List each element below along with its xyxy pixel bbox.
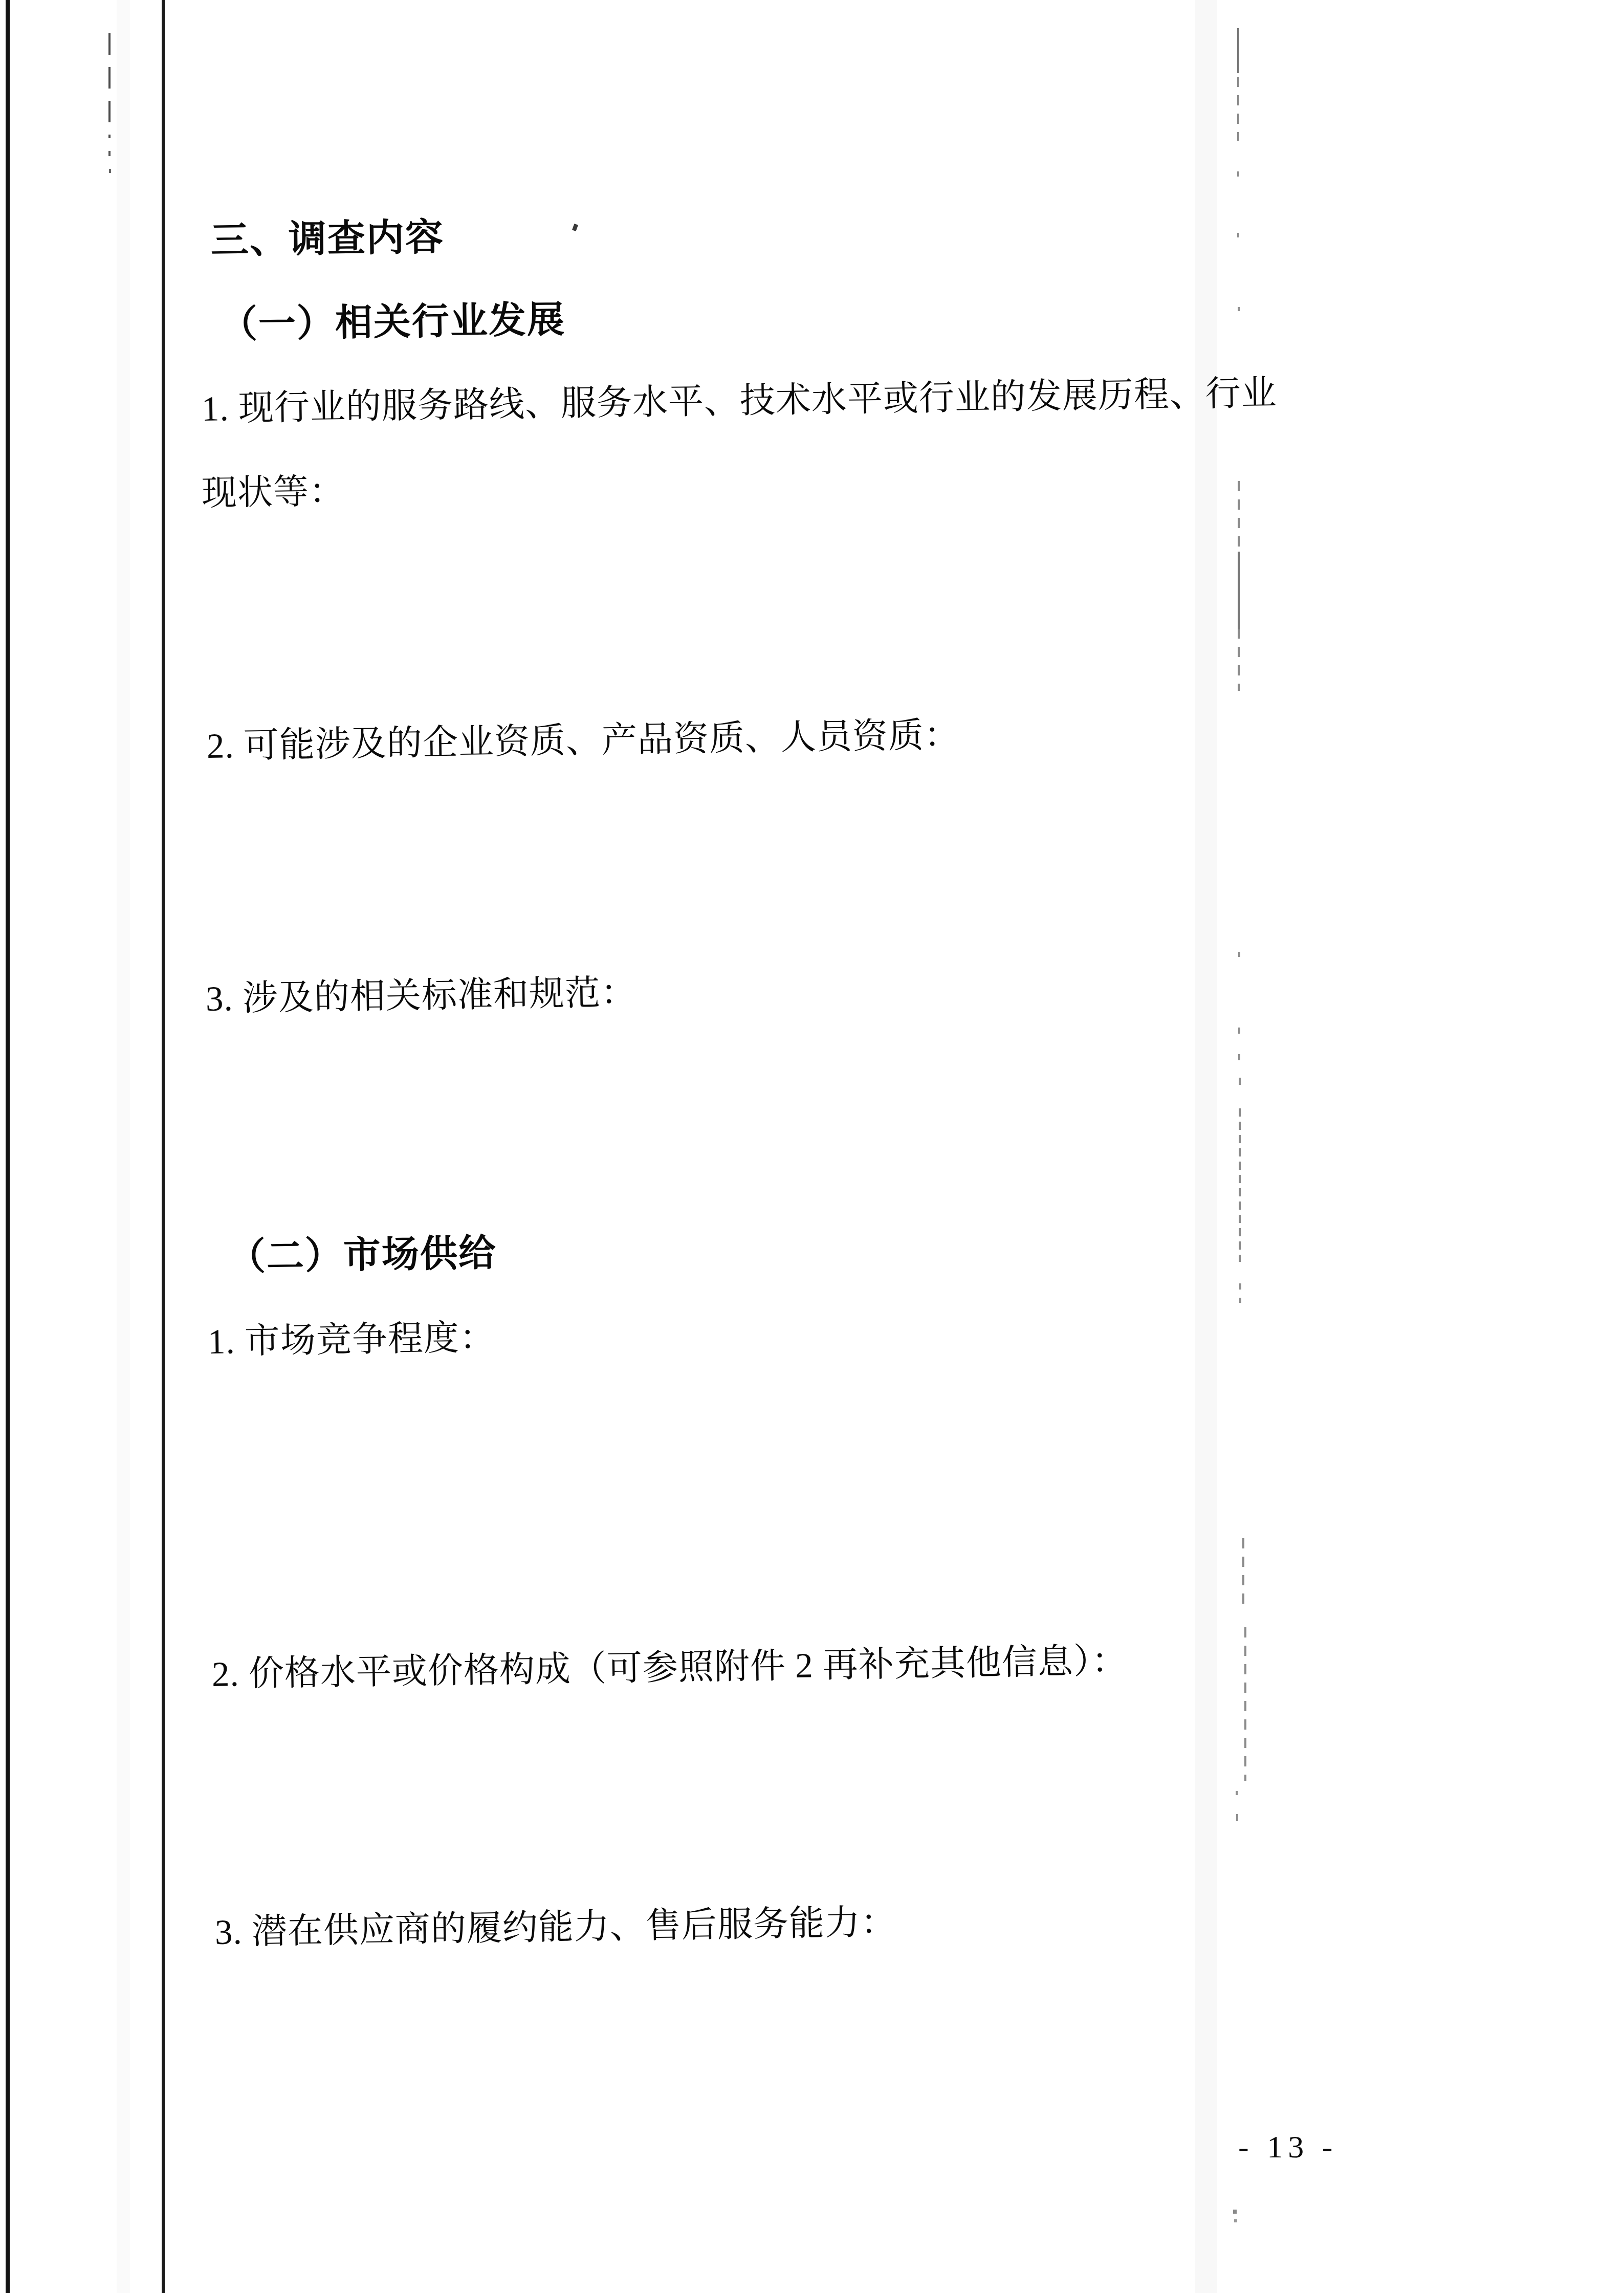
scan-artifact-dot — [1236, 1791, 1238, 1795]
scan-edge-line-inner — [162, 0, 165, 2293]
paper-crease-band — [1195, 0, 1217, 2293]
scan-artifact-line — [1237, 28, 1239, 73]
scan-artifact-dot — [108, 151, 111, 156]
scan-artifact-dot — [1238, 307, 1240, 311]
scan-edge-line-outer — [6, 0, 10, 2293]
scan-artifact-dot — [1238, 1054, 1240, 1060]
scan-artifact-dot — [109, 169, 111, 173]
item-1-text-line-2: 现状等： — [201, 474, 345, 511]
subsection-1-heading: （一）相关行业发展 — [220, 301, 565, 343]
scanned-document-page: 三、调查内容 （一）相关行业发展 1. 现行业的服务路线、服务水平、技术水平或行… — [0, 0, 1624, 2293]
item-3-text: 3. 潜在供应商的履约能力、售后服务能力： — [214, 1905, 896, 1950]
scan-artifact-dashed-line — [108, 33, 111, 138]
item-1-text-line-1: 1. 现行业的服务路线、服务水平、技术水平或行业的发展历程、行业 — [201, 376, 1277, 427]
scan-artifact-dot — [1239, 1283, 1241, 1290]
item-2-text: 2. 价格水平或价格构成（可参照附件 2 再补充其他信息）： — [211, 1643, 1127, 1692]
section-title: 三、调查内容 — [210, 219, 444, 260]
page-number: - 13 - — [1238, 2131, 1337, 2163]
scan-artifact-dot — [1237, 233, 1239, 237]
ink-speck — [572, 224, 578, 231]
item-2-text: 2. 可能涉及的企业资质、产品资质、人员资质： — [206, 717, 960, 764]
subsection-2-heading: （二）市场供给 — [228, 1234, 497, 1276]
item-3-text: 3. 涉及的相关标准和规范： — [205, 975, 637, 1017]
scan-artifact-dashed-line — [1239, 1108, 1241, 1262]
scan-artifact-dot — [1238, 1028, 1240, 1034]
scan-artifact-dashed-line — [1244, 1627, 1246, 1781]
ink-speck — [1233, 2210, 1237, 2214]
scan-artifact-dashed-line — [1242, 1538, 1244, 1607]
scan-artifact-dot — [1237, 171, 1239, 177]
paper-crease-band — [117, 0, 130, 2293]
scan-artifact-dot — [1238, 952, 1240, 957]
ink-speck — [1234, 2219, 1237, 2222]
item-1-text: 1. 市场竞争程度： — [207, 1320, 495, 1360]
scan-artifact-dashed-line — [1237, 77, 1239, 141]
scan-artifact-dot — [1236, 1814, 1238, 1821]
scan-artifact-dot — [1239, 1298, 1241, 1303]
scan-artifact-dot — [1239, 1078, 1241, 1085]
scan-artifact-line — [1238, 552, 1240, 629]
